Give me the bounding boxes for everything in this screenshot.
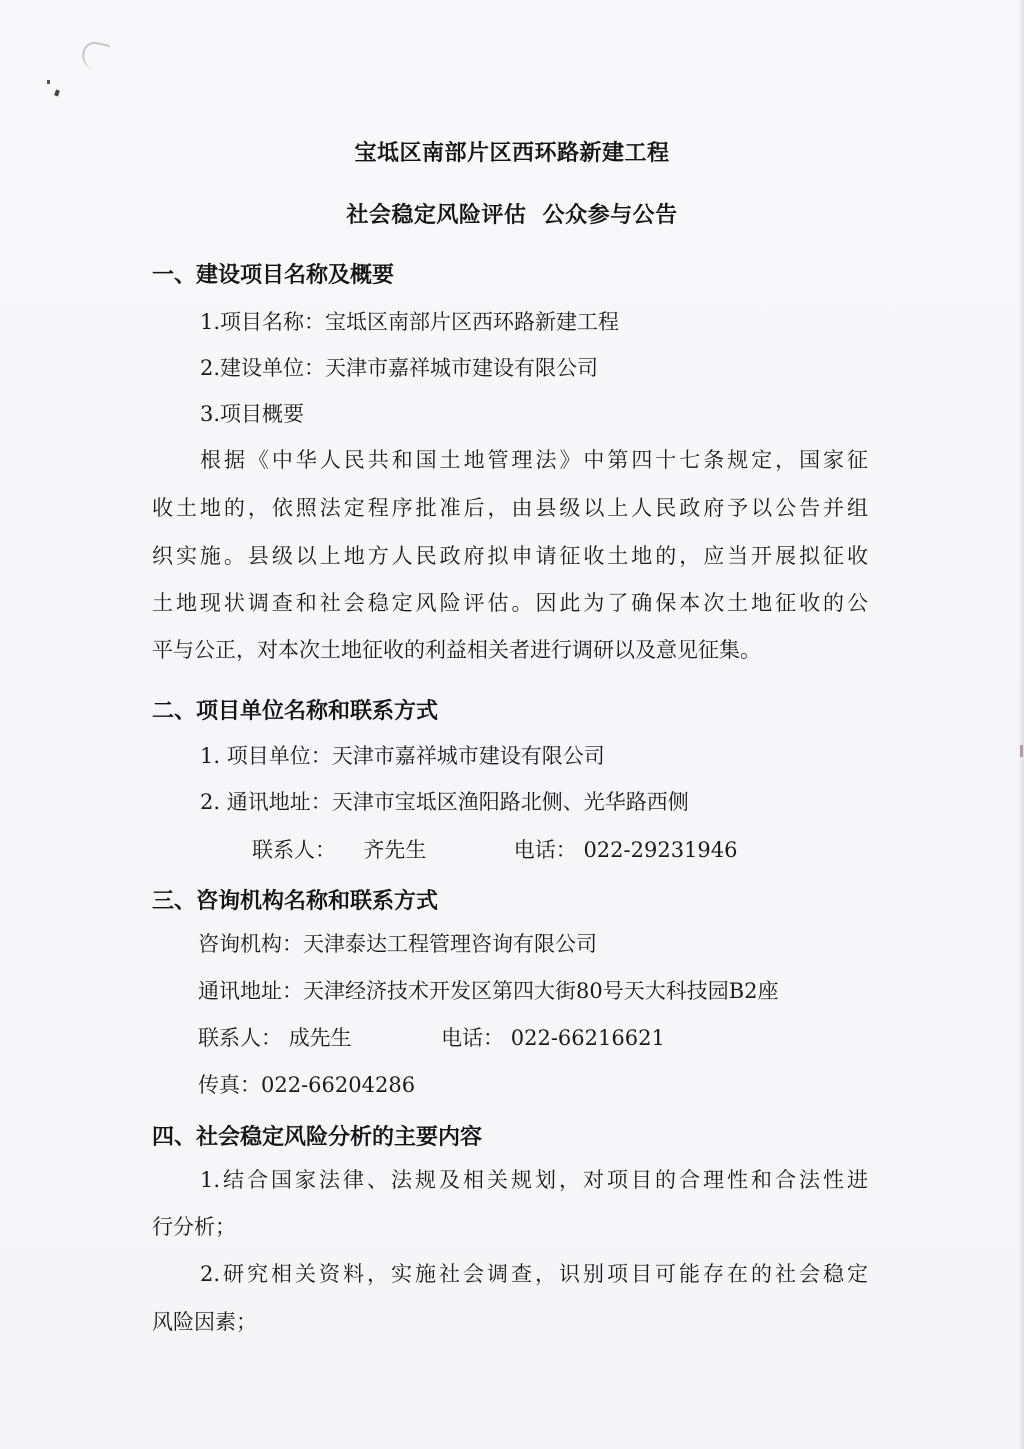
analysis-item-1-cont: 行分析； xyxy=(152,1211,236,1241)
section-heading-1: 一、建设项目名称及概要 xyxy=(152,258,394,289)
scan-artifact xyxy=(54,89,60,96)
project-unit: 1. 项目单位：天津市嘉祥城市建设有限公司 xyxy=(200,740,605,770)
phone-label: 电话： xyxy=(441,1026,504,1050)
section-heading-4: 四、社会稳定风险分析的主要内容 xyxy=(152,1120,482,1151)
consultant-contact: 联系人： 成先生 电话： 022-66216621 xyxy=(198,1022,665,1052)
scan-artifact xyxy=(1020,745,1023,757)
contact-label: 联系人： xyxy=(198,1026,282,1050)
contact-name: 齐先生 xyxy=(363,838,426,862)
contact-label: 联系人： xyxy=(252,838,336,862)
paragraph-line: 土地现状调查和社会稳定风险评估。因此为了确保本次土地征收的公 xyxy=(152,587,868,617)
analysis-item-1: 1.结合国家法律、法规及相关规划，对项目的合理性和合法性进 xyxy=(200,1164,868,1194)
analysis-item-2: 2.研究相关资料，实施社会调查，识别项目可能存在的社会稳定 xyxy=(200,1258,868,1288)
phone-number: 022-29231946 xyxy=(583,838,737,862)
document-subtitle: 社会稳定风险评估 公众参与公告 xyxy=(0,198,1024,229)
paragraph-line: 织实施。县级以上地方人民政府拟申请征收土地的，应当开展拟征收 xyxy=(152,540,868,570)
phone-label: 电话： xyxy=(514,838,577,862)
consultant-address: 通讯地址：天津经济技术开发区第四大街80号天大科技园B2座 xyxy=(198,975,779,1005)
scan-artifact xyxy=(47,80,50,84)
scan-artifact xyxy=(79,40,110,73)
consultant-fax: 传真：022-66204286 xyxy=(198,1069,415,1099)
contact-name: 成先生 xyxy=(289,1026,352,1050)
paragraph-line: 根据《中华人民共和国土地管理法》中第四十七条规定，国家征 xyxy=(200,444,868,474)
paragraph-line: 收土地的，依照法定程序批准后，由县级以上人民政府予以公告并组 xyxy=(152,492,868,522)
scanned-page: 宝坻区南部片区西环路新建工程 社会稳定风险评估 公众参与公告 一、建设项目名称及… xyxy=(0,0,1024,1449)
project-name: 1.项目名称：宝坻区南部片区西环路新建工程 xyxy=(200,306,619,336)
project-address: 2. 通讯地址：天津市宝坻区渔阳路北侧、光华路西侧 xyxy=(200,786,689,816)
project-summary-label: 3.项目概要 xyxy=(200,398,304,428)
construction-unit: 2.建设单位：天津市嘉祥城市建设有限公司 xyxy=(200,352,598,382)
section-heading-2: 二、项目单位名称和联系方式 xyxy=(152,694,438,725)
section-heading-3: 三、咨询机构名称和联系方式 xyxy=(152,884,438,915)
paragraph-line: 平与公正，对本次土地征收的利益相关者进行调研以及意见征集。 xyxy=(152,634,761,664)
document-title: 宝坻区南部片区西环路新建工程 xyxy=(0,136,1024,167)
analysis-item-2-cont: 风险因素； xyxy=(152,1306,257,1336)
consultant-name: 咨询机构：天津泰达工程管理咨询有限公司 xyxy=(198,928,597,958)
phone-number: 022-66216621 xyxy=(511,1026,665,1050)
project-contact: 联系人： 齐先生 电话： 022-29231946 xyxy=(252,834,738,864)
